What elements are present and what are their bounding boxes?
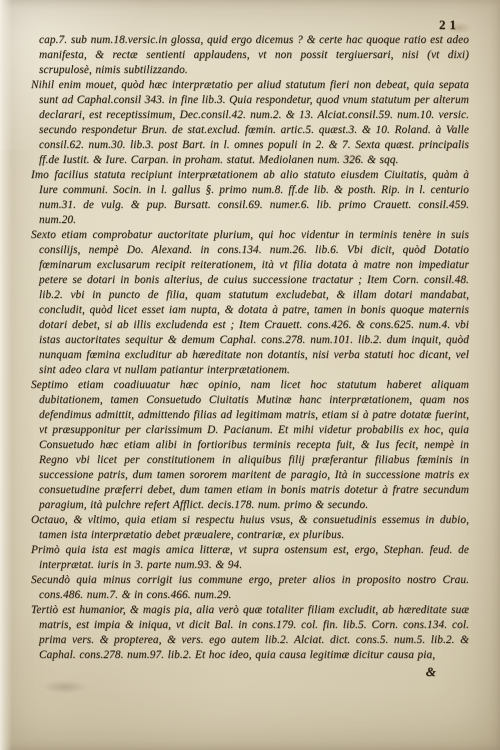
paragraph-tertio: Tertiò est humanior, & magis pia, alia v… — [31, 603, 469, 663]
page-number: 21 — [439, 17, 460, 33]
paragraph-nihil-enim: Nihil enim mouet, quòd hæc interprætatio… — [31, 78, 469, 168]
catchword: & — [31, 664, 469, 679]
paper-stain — [42, 680, 88, 694]
paragraph-sexto: Sexto etiam comprobatur auctoritate plur… — [31, 228, 469, 378]
paragraph-septimo: Septimo etiam coadiuuatur hæc opinio, na… — [31, 378, 469, 513]
text-block: cap.7. sub num.18.versic.in glossa, quid… — [31, 33, 469, 679]
book-page: 21 cap.7. sub num.18.versic.in glossa, q… — [0, 0, 500, 750]
paragraph-secundo: Secundò quia minus corrigit ius commune … — [31, 573, 469, 603]
paragraph-octauo: Octauo, & vltimo, quia etiam si respectu… — [31, 513, 469, 543]
paragraph-imo-facilius: Imo facilius statuta recipiunt interpræt… — [31, 168, 469, 228]
paragraph-continuation: cap.7. sub num.18.versic.in glossa, quid… — [31, 33, 469, 78]
paragraph-primo: Primò quia ista est magis amica litteræ,… — [31, 543, 469, 573]
